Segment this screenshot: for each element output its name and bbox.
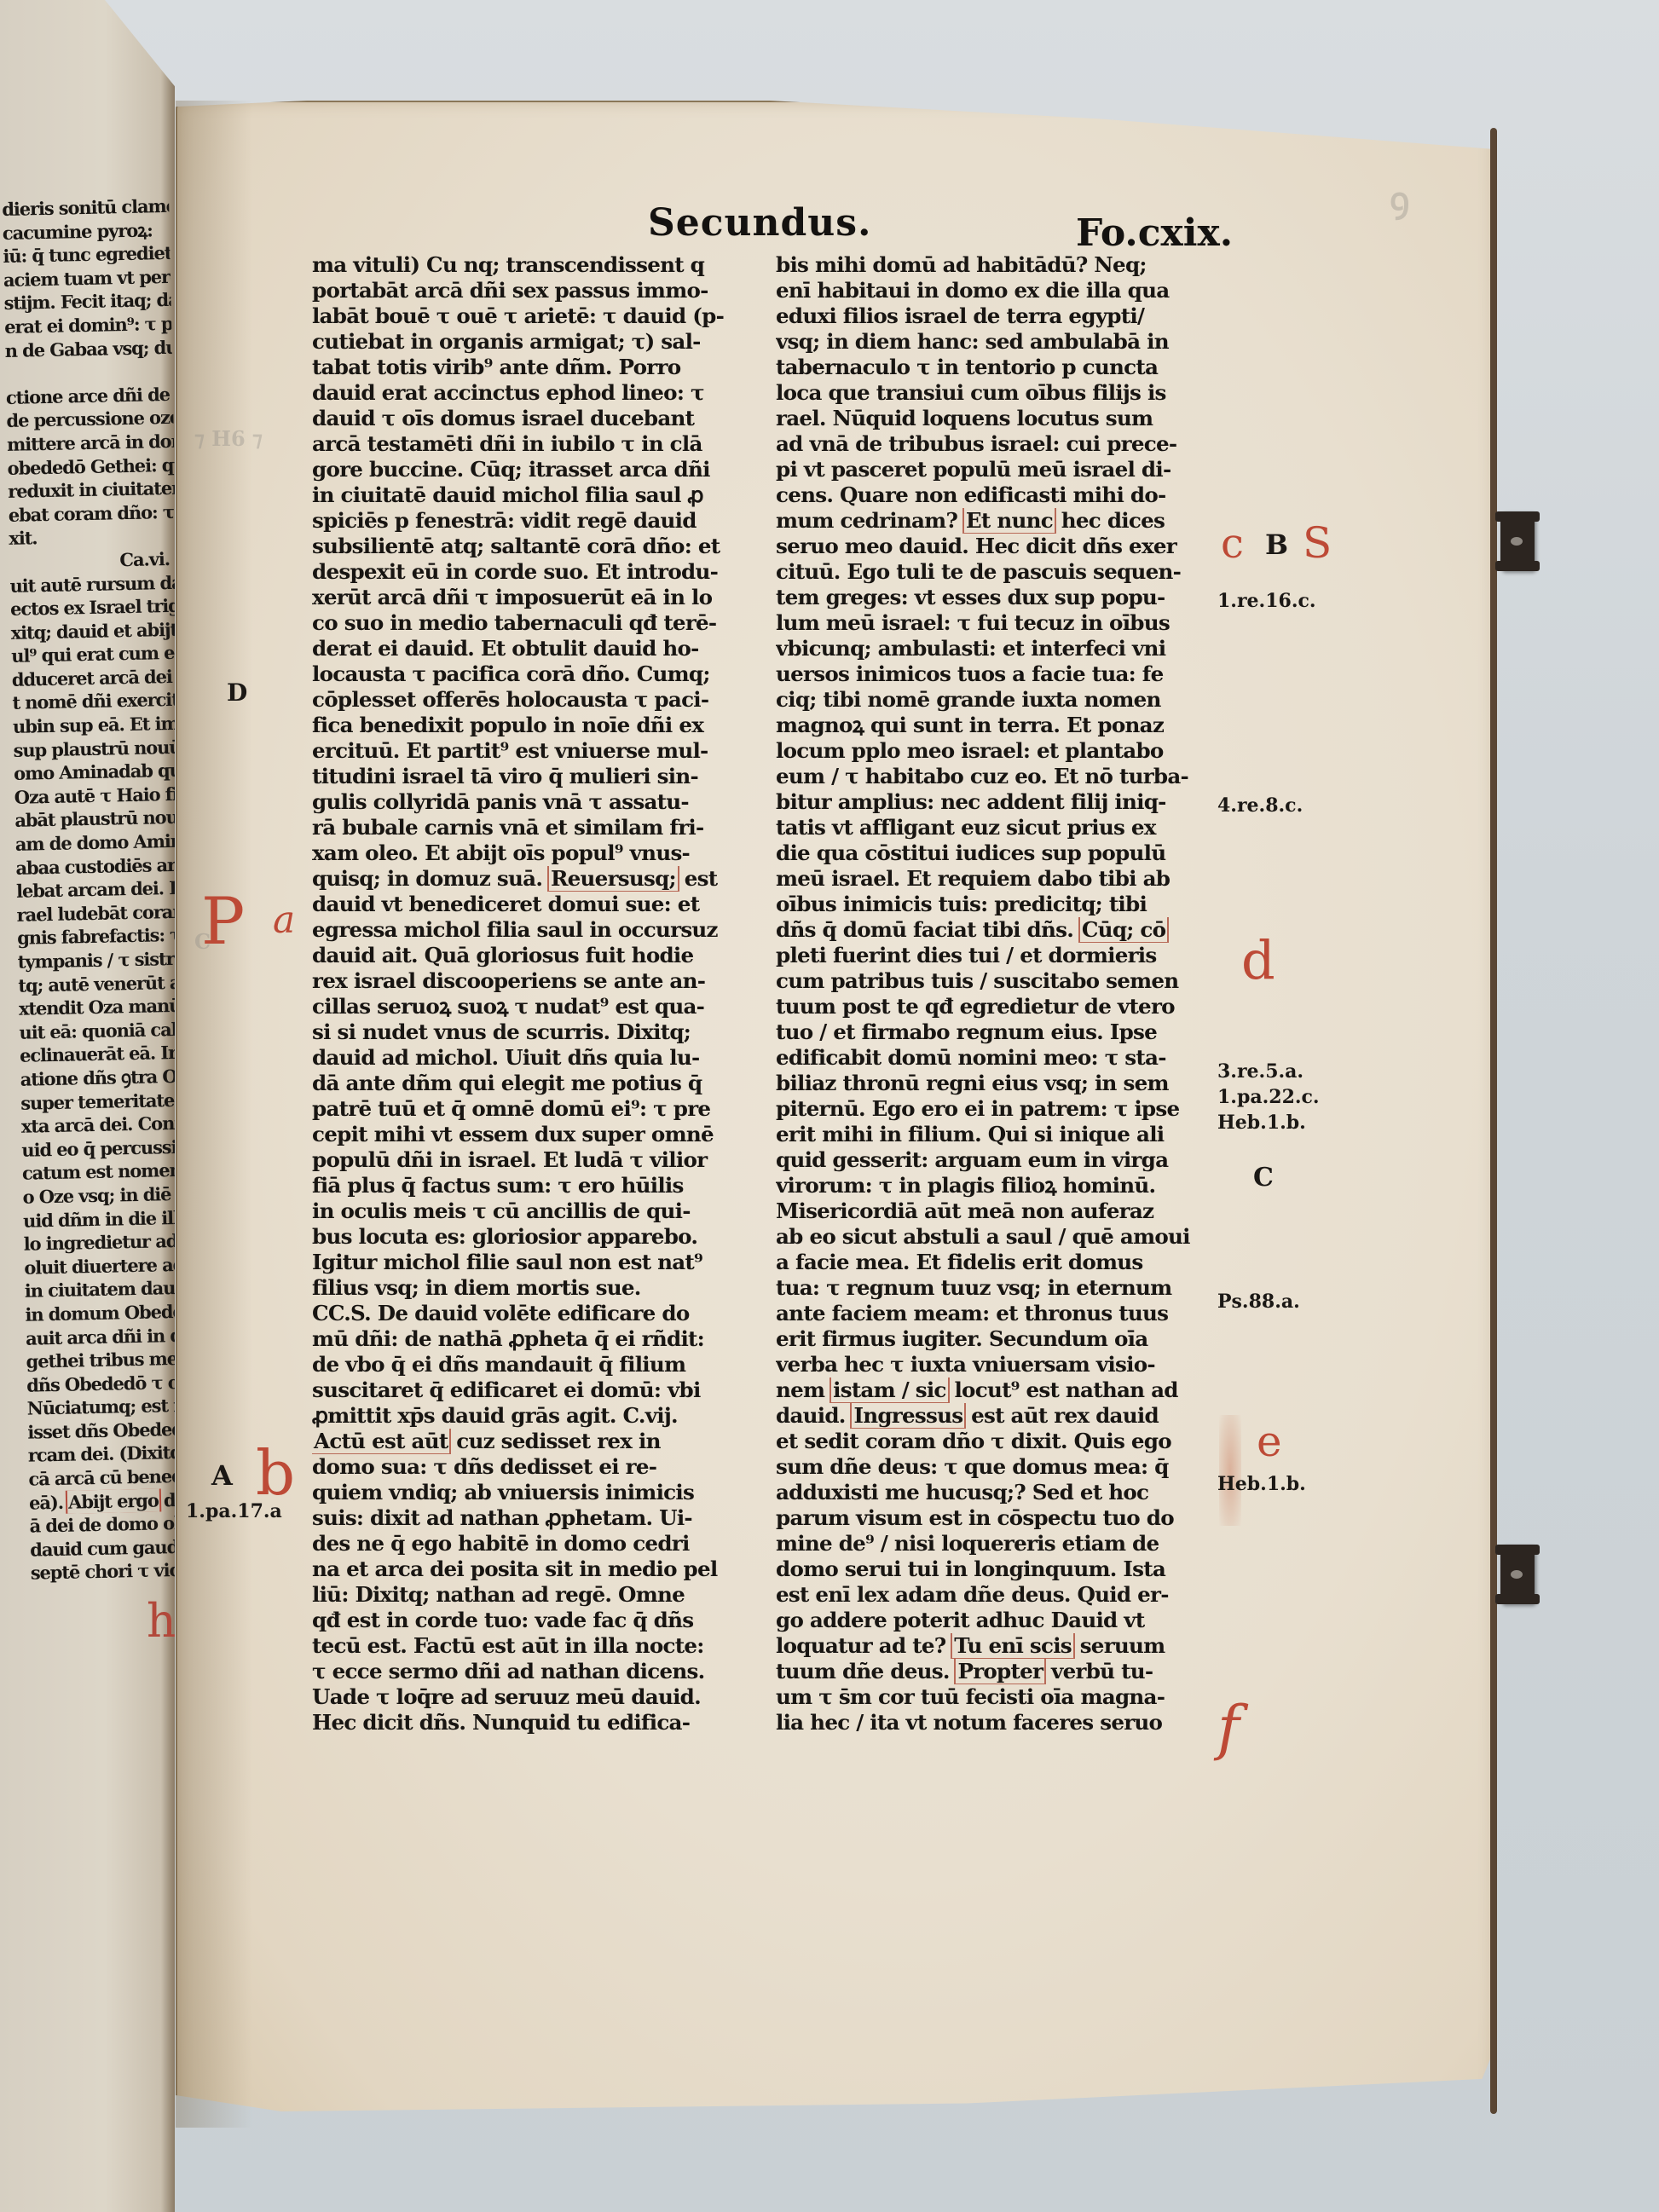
- text-line: magnoꝝ qui sunt in terra. Et ponaz: [776, 713, 1211, 738]
- text-line: ad vnā de tribubus israel: cui prece-: [776, 431, 1211, 457]
- facing-text-line: Ca.vi.: [9, 547, 175, 575]
- text-line: lum meū israel: τ fui tecuz in oībus: [776, 610, 1211, 636]
- text-line: dauid vt benediceret domui sue: et: [312, 892, 777, 917]
- facing-text-line: stijm. Fecit itaq; da-: [3, 288, 171, 315]
- text-line: cutiebat in organis armigat; τ) sal-: [312, 329, 777, 355]
- text-line: adduxisti me hucusq;? Sed et hoc: [776, 1480, 1211, 1505]
- text-line: rā bubale carnis vnā et similam fri-: [312, 815, 777, 840]
- text-line: τ ecce sermo dñi ad nathan dicens.: [312, 1659, 777, 1684]
- text-line: die qua cōstitui iudices sup populū: [776, 840, 1211, 866]
- facing-text-line: uid dñm in die illa: di-: [23, 1205, 175, 1233]
- rubric-letter-b: b: [256, 1437, 295, 1509]
- text-column-left: ma vituli) Cu nq; transcendissent qporta…: [312, 252, 777, 1736]
- facing-text-line: eā). Abijt ergo da-: [29, 1487, 175, 1515]
- text-line: piternū. Ego ero ei in patrem: τ ipse: [776, 1096, 1211, 1122]
- text-line: et sedit coram dño τ dixit. Quis ego: [776, 1429, 1211, 1454]
- rubricated-phrase: istam / sic: [831, 1377, 948, 1402]
- rubric-letter-s: S: [1303, 518, 1332, 568]
- text-line: in oculis meis τ cū ancillis de qui-: [312, 1198, 777, 1224]
- text-line: CC.S. De dauid volēte edificare do: [312, 1301, 777, 1326]
- text-line: titudini israel tā viro q̄ mulieri sin-: [312, 764, 777, 789]
- text-line: fiā plus q̄ factus sum: τ ero hūilis: [312, 1173, 777, 1198]
- facing-text-line: xitq; dauid et abijt: et: [10, 617, 175, 644]
- text-line: liū: Dixitq; nathan ad regē. Omne: [312, 1582, 777, 1608]
- text-line: cens. Quare non edificasti mihi do-: [776, 482, 1211, 508]
- text-line: quiem vndiq; ab vniuersis inimicis: [312, 1480, 777, 1505]
- text-line: dauid erat accinctus ephod lineo: τ: [312, 380, 777, 406]
- page-fore-edge: [1490, 128, 1497, 2114]
- text-line: quisq; in domuz suā. Reuersusq; est: [312, 866, 777, 892]
- show-through-text: ꝯ: [1390, 175, 1409, 222]
- text-line: patrē tuū et q̄ omnē domū ei⁹: τ pre: [312, 1096, 777, 1122]
- facing-text-line: sup plaustrū nouū: tu: [13, 735, 175, 762]
- text-line: eum / τ habitabo cuz eo. Et nō turba-: [776, 764, 1211, 789]
- facing-text-line: mittere arcā in domū: [7, 430, 175, 457]
- rubric-letter-c: c: [1221, 520, 1244, 568]
- text-line: lia hec / ita vt notum faceres seruo: [776, 1710, 1211, 1736]
- text-line: tua: τ regnum tuuz vsq; in eternum: [776, 1275, 1211, 1301]
- facing-text-line: ctione arce dñi de do: [6, 383, 174, 410]
- facing-text-line: ā dei de domo obe-: [29, 1511, 175, 1539]
- facing-text-line: rcam dei. (Dixitq;: [28, 1441, 175, 1468]
- facing-text-line: ubin sup eā. Et impo-: [13, 712, 175, 739]
- text-line: mū dñi: de nathā ꝓpheta q̄ ei rñdit:: [312, 1326, 777, 1352]
- text-line: dauid ait. Quā gloriosus fuit hodie: [312, 943, 777, 968]
- facing-text-line: erat ei domin⁹: τ per-: [4, 312, 172, 339]
- text-line: locum pplo meo israel: et plantabo: [776, 738, 1211, 764]
- text-line: subsilientē atq; saltantē corā dño: et: [312, 534, 777, 559]
- facing-text-line: gethei tribus mensi-: [26, 1347, 175, 1374]
- section-letter-c: C: [1253, 1163, 1274, 1193]
- facing-text-line: isset dñs Obededō:: [27, 1417, 175, 1444]
- facing-text-line: ebat coram dño: τ Mi: [9, 500, 175, 528]
- text-line: est enī lex adam dñe deus. Quid er-: [776, 1582, 1211, 1608]
- text-line: ma vituli) Cu nq; transcendissent q: [312, 252, 777, 278]
- text-line: vbicunq; ambulasti: et interfeci vni: [776, 636, 1211, 661]
- text-line: rex israel discooperiens se ante an-: [312, 968, 777, 994]
- cross-reference: 3.re.5.a.: [1217, 1060, 1303, 1083]
- rubricated-phrase: Actū est aūt: [312, 1429, 449, 1453]
- facing-text-line: [5, 359, 173, 386]
- text-line: locausta τ pacifica corā dño. Cumq;: [312, 661, 777, 687]
- text-line: Uade τ loq̄re ad seruuz meū dauid.: [312, 1684, 777, 1710]
- facing-text-line: reduxit in ciuitatem: [8, 476, 175, 504]
- text-line: Misericordiā aūt meā non auferaz: [776, 1198, 1211, 1224]
- rubric-letter-e: e: [1257, 1417, 1282, 1466]
- facing-text-line: n de Gabaa vsq; dum: [4, 335, 172, 362]
- text-line: seruo meo dauid. Hec dicit dñs exer: [776, 534, 1211, 559]
- facing-text-line: ectos ex Israel trigin-: [10, 594, 175, 621]
- rubricated-phrase: Abijt ergo: [68, 1489, 159, 1512]
- facing-text-line: ul⁹ qui erat cum eo de: [11, 641, 175, 668]
- facing-text-line: abaa custodiēs arcā: [15, 852, 175, 880]
- text-line: mum cedrinam? Et nunc hec dices: [776, 508, 1211, 534]
- facing-text-line: tympanis / τ sistris /: [17, 947, 175, 974]
- facing-text-line: dauid cum gaudio: [30, 1534, 175, 1562]
- rubricated-phrase: Reuersusq;: [549, 866, 678, 891]
- facing-text-line: iū: q̄ tunc egrediet: [3, 241, 171, 269]
- red-ink-smudge: [1219, 1415, 1241, 1526]
- facing-text-line: atione dñs ꝯtra Ozā:: [20, 1065, 175, 1092]
- rubricated-phrase: Cūq; cō: [1080, 917, 1167, 942]
- text-line: fica benedixit populo in noīe dñi ex: [312, 713, 777, 738]
- text-line: pleti fuerint dies tui / et dormieris: [776, 943, 1211, 968]
- facing-text-line: o Oze vsq; in diē hāc.: [22, 1182, 175, 1210]
- text-line: na et arca dei posita sit in medio pel: [312, 1556, 777, 1582]
- rubric-pilcrow-p: P: [201, 883, 245, 959]
- text-line: tuum post te qđ egredietur de vtero: [776, 994, 1211, 1019]
- facing-text-line: Oza autē τ Haio filij: [14, 783, 175, 810]
- facing-text-line: am de domo Amina-: [15, 829, 175, 857]
- cross-reference: 1.pa.17.a: [186, 1500, 282, 1522]
- rubricated-phrase: Propter: [956, 1659, 1044, 1684]
- rubricated-phrase: Tu enī scis: [952, 1633, 1073, 1658]
- text-line: vsq; in diem hanc: sed ambulabā in: [776, 329, 1211, 355]
- text-line: si si nudet vnus de scurris. Dixitq;: [312, 1019, 777, 1045]
- text-line: Hec dicit dñs. Nunquid tu edifica-: [312, 1710, 777, 1736]
- facing-text-line: xit.: [9, 523, 175, 551]
- rubric-letter-f: f: [1217, 1693, 1240, 1763]
- text-line: meū israel. Et requiem dabo tibi ab: [776, 866, 1211, 892]
- facing-text-line: oluit diuertere ad se: [24, 1252, 175, 1279]
- text-line: mine de⁹ / nisi loquereris etiam de: [776, 1531, 1211, 1556]
- text-line: filius vsq; in diem mortis sue.: [312, 1275, 777, 1301]
- text-line: ercituū. Et partit⁹ est vniuerse mul-: [312, 738, 777, 764]
- show-through-text: ⁊ H6 ⁊: [194, 426, 263, 451]
- text-line: co suo in medio tabernaculi qđ terē-: [312, 610, 777, 636]
- folio-number: Fo.cxix.: [1076, 211, 1233, 255]
- text-line: eduxi filios israel de terra egypti/: [776, 303, 1211, 329]
- text-line: dñs q̄ domū faciat tibi dñs. Cūq; cō: [776, 917, 1211, 943]
- rubricated-phrase: Ingressus: [852, 1403, 964, 1428]
- facing-text-line: cā arcā cū benedi-: [28, 1464, 175, 1492]
- text-line: cum patribus tuis / suscitabo semen: [776, 968, 1211, 994]
- text-line: tuum dñe deus. Propter verbū tu-: [776, 1659, 1211, 1684]
- text-line: cituū. Ego tuli te de pascuis sequen-: [776, 559, 1211, 585]
- facing-text-line: septē chori τ victi-: [31, 1558, 175, 1585]
- rubric-letter-a: a: [273, 898, 295, 942]
- text-line: bitur amplius: nec addent filij iniq-: [776, 789, 1211, 815]
- facing-text-line: abāt plaustrū nouū.: [14, 806, 175, 833]
- text-line: ante faciem meam: et thronus tuus: [776, 1301, 1211, 1326]
- text-line: rael. Nūquid loquens locutus sum: [776, 406, 1211, 431]
- facing-text-line: in domum Obededō: [25, 1300, 175, 1327]
- text-line: Igitur michol filie saul non est nat⁹: [312, 1250, 777, 1275]
- text-line: tuo / et firmabo regnum eius. Ipse: [776, 1019, 1211, 1045]
- facing-text-line: dñs Obededō τ om-: [26, 1370, 175, 1397]
- text-line: tecū est. Factū est aūt in illa nocte:: [312, 1633, 777, 1659]
- facing-text-line: gnis fabrefactis: τ ci: [17, 923, 175, 950]
- facing-text-line: super temeritate: qui: [20, 1088, 175, 1115]
- facing-page-red-marginal: h: [147, 1594, 175, 1648]
- text-line: egressa michol filia saul in occursuz: [312, 917, 777, 943]
- facing-text-line: rael ludebāt coram: [16, 900, 175, 927]
- text-line: derat ei dauid. Et obtulit dauid ho-: [312, 636, 777, 661]
- text-line: biliaz thronū regni eius vsq; in sem: [776, 1071, 1211, 1096]
- text-line: dā ante dñm qui elegit me potius q̄: [312, 1071, 777, 1096]
- text-line: spiciēs p fenestrā: vidit regē dauid: [312, 508, 777, 534]
- facing-text-line: de percussione oze: q̄: [6, 406, 174, 433]
- facing-text-line: obededō Gethei: quā: [7, 453, 175, 480]
- text-line: ciq; tibi nomē grande iuxta nomen: [776, 687, 1211, 713]
- facing-text-line: omo Aminadab qui: [14, 759, 175, 786]
- facing-text-line: xtendit Oza manū: [19, 994, 175, 1021]
- section-letter-d: D: [227, 679, 247, 707]
- text-line: loquatur ad te? Tu enī scis seruum: [776, 1633, 1211, 1659]
- section-letter-a: A: [211, 1459, 233, 1492]
- text-line: Actū est aūt cuz sedisset rex in: [312, 1429, 777, 1454]
- text-line: enī habitaui in domo ex die illa qua: [776, 278, 1211, 303]
- rubric-letter-d: d: [1241, 929, 1275, 991]
- text-line: cillas seruoꝝ suoꝝ τ nudat⁹ est qua-: [312, 994, 777, 1019]
- text-line: domo sua: τ dñs dedisset ei re-: [312, 1454, 777, 1480]
- text-line: ab eo sicut abstuli a saul / quē amoui: [776, 1224, 1211, 1250]
- facing-text-line: eclinauerāt eā. Ira-: [20, 1041, 175, 1068]
- cross-reference: Heb.1.b.: [1217, 1473, 1306, 1495]
- text-line: suscitaret q̄ edificaret ei domū: vbi: [312, 1377, 777, 1403]
- text-line: xam oleo. Et abijt oīs popul⁹ vnus-: [312, 840, 777, 866]
- text-line: erit firmus iugiter. Secundum oīa: [776, 1326, 1211, 1352]
- text-line: tabernaculo τ in tentorio p cuncta: [776, 355, 1211, 380]
- text-line: pi vt pasceret populū meū israel di-: [776, 457, 1211, 482]
- facing-text-line: xta arcā dei. Contri-: [21, 1112, 175, 1139]
- facing-text-line: tq; autē venerūt ad: [18, 970, 175, 997]
- facing-text-line: uit eā: quoniā calci-: [19, 1017, 175, 1044]
- cross-reference: 4.re.8.c.: [1217, 794, 1303, 817]
- text-line: des ne q̄ ego habitē in domo cedri: [312, 1531, 777, 1556]
- text-line: loca que transiui cum oībus filijs is: [776, 380, 1211, 406]
- text-line: edificabit domū nomini meo: τ sta-: [776, 1045, 1211, 1071]
- text-line: de vbo q̄ ei dñs mandauit q̄ filium: [312, 1352, 777, 1377]
- cross-reference: 1.pa.22.c.: [1217, 1086, 1320, 1108]
- text-line: sum dñe deus: τ que domus mea: q̄: [776, 1454, 1211, 1480]
- text-line: ꝓmittit xp̄s dauid grās agit. C.vij.: [312, 1403, 777, 1429]
- text-line: despexit eū in corde suo. Et introdu-: [312, 559, 777, 585]
- running-head: Secundus.: [648, 201, 871, 245]
- text-line: dauid ad michol. Uiuit dñs quia lu-: [312, 1045, 777, 1071]
- text-line: tabat totis virib⁹ ante dñm. Porro: [312, 355, 777, 380]
- text-line: nem istam / sic locut⁹ est nathan ad: [776, 1377, 1211, 1403]
- rubricated-phrase: Et nunc: [964, 508, 1055, 533]
- facing-text-line: t nomē dñi exercituū: [12, 688, 175, 715]
- text-line: bus locuta es: gloriosior apparebo.: [312, 1224, 777, 1250]
- text-line: bis mihi domū ad habitādū? Neq;: [776, 252, 1211, 278]
- facing-text-line: cacumine pyroꝝ:: [3, 217, 171, 245]
- text-line: tatis vt affligant euz sicut prius ex: [776, 815, 1211, 840]
- binding-clasp-top: [1500, 511, 1535, 571]
- cross-reference: 1.re.16.c.: [1217, 590, 1316, 612]
- facing-text-line: dduceret arcā dei sup: [12, 665, 175, 692]
- text-line: parum visum est in cōspectu tuo do: [776, 1505, 1211, 1531]
- facing-text-line: Nūciatumq; est re-: [26, 1394, 175, 1421]
- facing-text-line: lo ingredietur ad me: [23, 1229, 175, 1256]
- text-line: dauid. Ingressus est aūt rex dauid: [776, 1403, 1211, 1429]
- facing-text-line: aciem tuam vt percu: [3, 265, 171, 292]
- text-line: cepit mihi vt essem dux super omnē: [312, 1122, 777, 1147]
- text-line: labāt bouē τ ouē τ arietē: τ dauid (p-: [312, 303, 777, 329]
- text-line: gulis collyridā panis vnā τ assatu-: [312, 789, 777, 815]
- text-line: domo serui tui in longinquum. Ista: [776, 1556, 1211, 1582]
- binding-clasp-bottom: [1500, 1545, 1535, 1604]
- text-line: qđ est in corde tuo: vade fac q̄ dñs: [312, 1608, 777, 1633]
- text-line: tem greges: vt esses dux sup popu-: [776, 585, 1211, 610]
- text-line: arcā testamēti dñi in iubilo τ in clā: [312, 431, 777, 457]
- text-column-right: bis mihi domū ad habitādū? Neq;enī habit…: [776, 252, 1211, 1736]
- text-line: verba hec τ iuxta vniuersam visio-: [776, 1352, 1211, 1377]
- facing-text-line: in ciuitatem dauid:: [25, 1276, 175, 1303]
- text-line: a facie mea. Et fidelis erit domus: [776, 1250, 1211, 1275]
- cross-reference: Heb.1.b.: [1217, 1112, 1306, 1134]
- text-line: portabāt arcā dñi sex passus immo-: [312, 278, 777, 303]
- text-line: in ciuitatē dauid michol filia saul ꝓ: [312, 482, 777, 508]
- text-line: um τ s̄m cor tuū fecisti oīa magna-: [776, 1684, 1211, 1710]
- text-line: populū dñi in israel. Et ludā τ vilior: [312, 1147, 777, 1173]
- facing-text-line: auit arca dñi in do-: [26, 1323, 175, 1350]
- text-line: xerūt arcā dñi τ imposuerūt eā in lo: [312, 585, 777, 610]
- facing-text-line: uit autē rursum dauid: [9, 570, 175, 598]
- text-line: oībus inimicis tuis: predicitq; tibi: [776, 892, 1211, 917]
- text-line: virorum: τ in plagis filioꝝ hominū.: [776, 1173, 1211, 1198]
- text-line: suis: dixit ad nathan ꝓphetam. Ui-: [312, 1505, 777, 1531]
- text-line: erit mihi in filium. Qui si inique ali: [776, 1122, 1211, 1147]
- text-line: quid gesserit: arguam eum in virga: [776, 1147, 1211, 1173]
- facing-text-line: catum est nomen loci: [22, 1158, 175, 1186]
- text-line: gore buccine. Cūq; itrasset arca dñi: [312, 457, 777, 482]
- facing-text-line: lebat arcam dei. Da-: [16, 876, 175, 904]
- facing-text-line: uid eo q̄ percussisset: [21, 1135, 175, 1162]
- text-line: go addere poterit adhuc Dauid vt: [776, 1608, 1211, 1633]
- cross-reference: Ps.88.a.: [1217, 1291, 1300, 1313]
- facing-page: dieris sonitū clamo-cacumine pyroꝝ:iū: q…: [0, 0, 175, 2212]
- text-line: cōplesset offerēs holocausta τ paci-: [312, 687, 777, 713]
- text-line: dauid τ oīs domus israel ducebant: [312, 406, 777, 431]
- facing-text-line: dieris sonitū clamo-: [2, 194, 170, 222]
- section-letter-b: B: [1265, 528, 1288, 561]
- facing-page-text: dieris sonitū clamo-cacumine pyroꝝ:iū: q…: [2, 194, 175, 1585]
- text-line: uersos inimicos tuos a facie tua: fe: [776, 661, 1211, 687]
